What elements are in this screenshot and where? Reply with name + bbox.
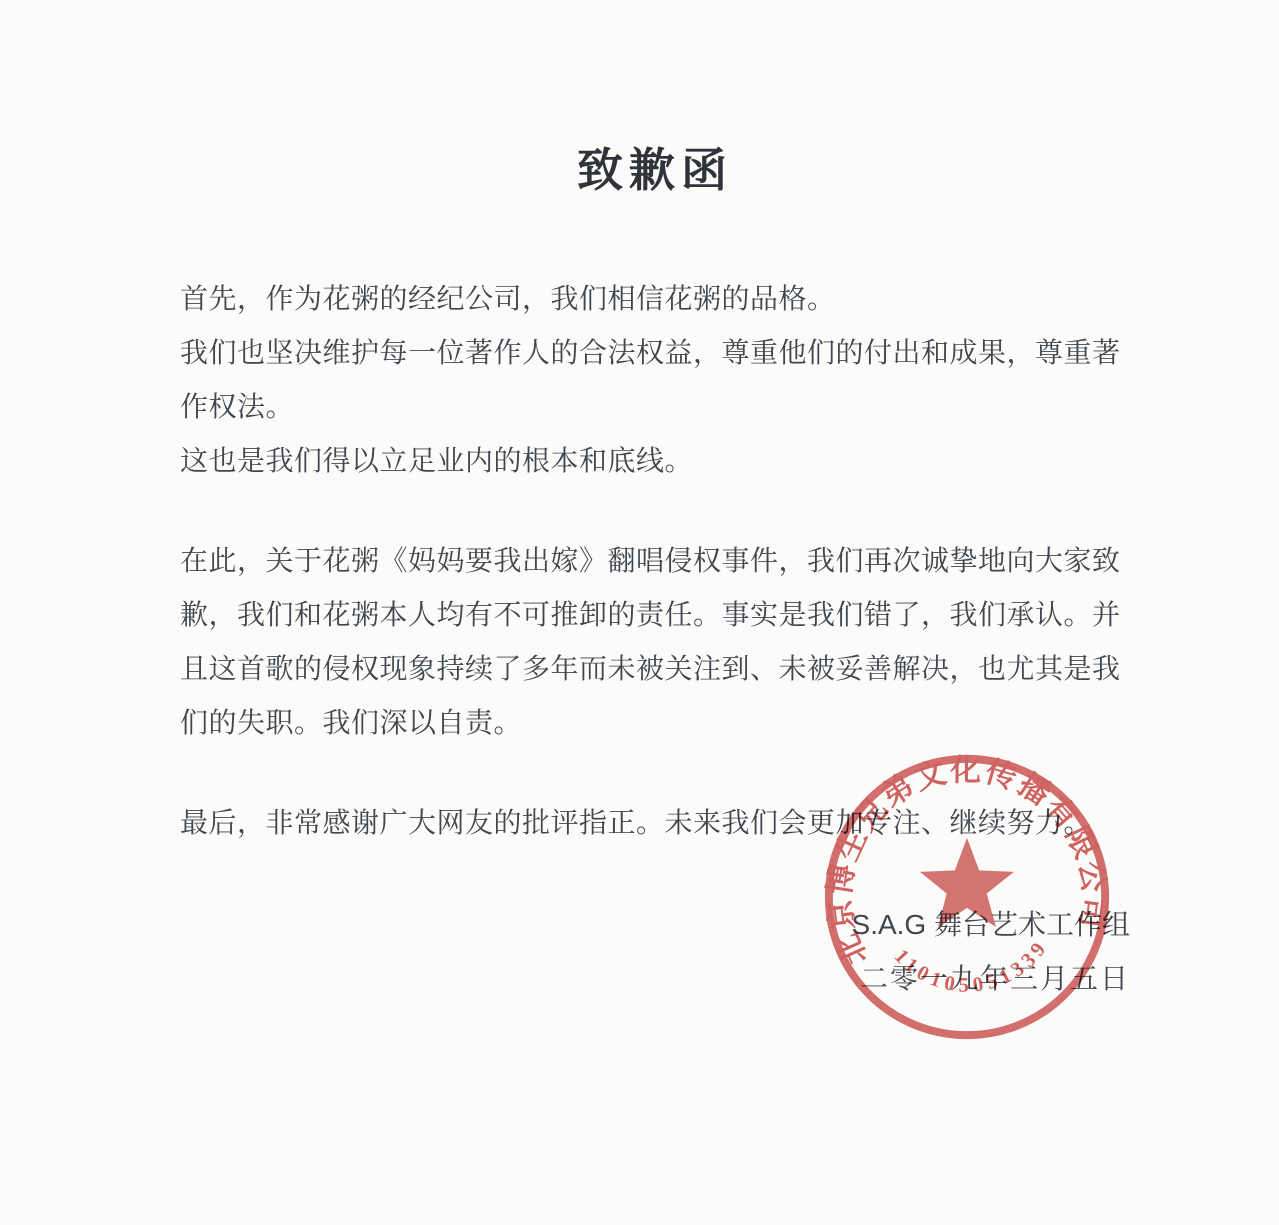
signature-block: S.A.G 舞台艺术工作组 二零一九年三月五日 [180,898,1130,1006]
paragraph-2-line-3: 且这首歌的侵权现象持续了多年而未被关注到、未被妥善解决，也尤其是我 [180,642,1130,696]
paragraph-1-line-2: 我们也坚决维护每一位著作人的合法权益，尊重他们的付出和成果，尊重著 [180,326,1130,380]
paragraph-2-line-2: 歉，我们和花粥本人均有不可推卸的责任。事实是我们错了，我们承认。并 [180,588,1130,642]
letter-body: 致歉函 首先，作为花粥的经纪公司，我们相信花粥的品格。 我们也坚决维护每一位著作… [180,140,1130,1006]
signature-date: 二零一九年三月五日 [180,952,1130,1006]
paragraph-1-line-1: 首先，作为花粥的经纪公司，我们相信花粥的品格。 [180,272,1130,326]
paragraph-3: 最后，非常感谢广大网友的批评指正。未来我们会更加专注、继续努力。 [180,796,1130,850]
page-title: 致歉函 [180,140,1130,200]
paragraph-2-line-1: 在此，关于花粥《妈妈要我出嫁》翻唱侵权事件，我们再次诚挚地向大家致 [180,534,1130,588]
paragraph-1: 首先，作为花粥的经纪公司，我们相信花粥的品格。 我们也坚决维护每一位著作人的合法… [180,272,1130,488]
paragraph-2-line-4: 们的失职。我们深以自责。 [180,696,1130,750]
signature-org: S.A.G 舞台艺术工作组 [180,898,1130,952]
apology-letter-page: 致歉函 首先，作为花粥的经纪公司，我们相信花粥的品格。 我们也坚决维护每一位著作… [0,0,1279,1225]
paragraph-3-line-1: 最后，非常感谢广大网友的批评指正。未来我们会更加专注、继续努力。 [180,796,1130,850]
paragraph-1-line-4: 这也是我们得以立足业内的根本和底线。 [180,434,1130,488]
paragraph-2: 在此，关于花粥《妈妈要我出嫁》翻唱侵权事件，我们再次诚挚地向大家致 歉，我们和花… [180,534,1130,750]
paragraph-1-line-3: 作权法。 [180,380,1130,434]
